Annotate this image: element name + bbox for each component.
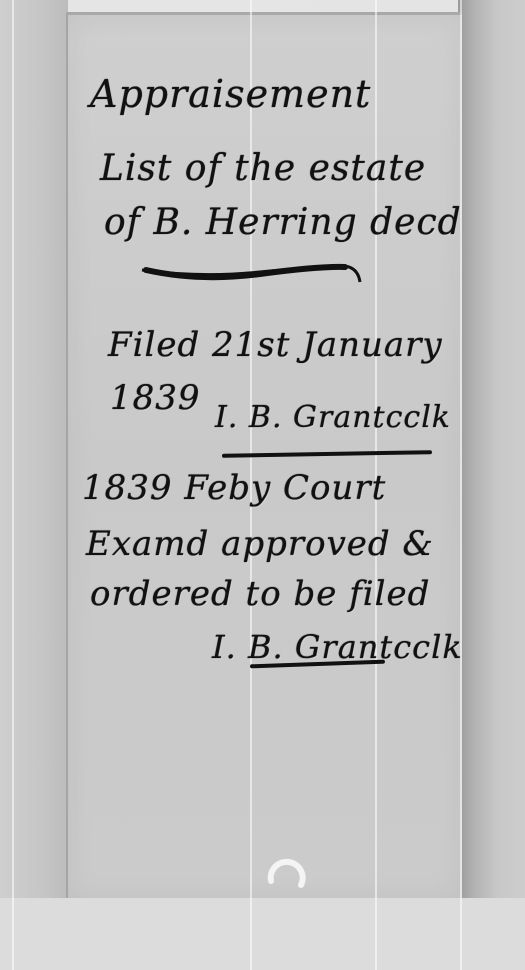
clerk-signature-1: I. B. Grantcclk: [215, 400, 451, 435]
left-fold-strip: [0, 0, 68, 970]
title-line-decedent-name: of B. Herring decd: [104, 202, 462, 243]
title-line-appraisement: Appraisement: [90, 72, 371, 116]
filed-year: 1839: [110, 378, 201, 418]
filed-date-line: Filed 21st January: [108, 325, 443, 365]
right-fold-strip: [458, 0, 525, 970]
bottom-paper-strip: [0, 898, 525, 970]
court-term-line: 1839 Feby Court: [82, 468, 386, 508]
scan-streak: [12, 0, 14, 970]
examined-approved-line: Examd approved &: [86, 524, 434, 564]
title-line-list-of-estate: List of the estate: [100, 148, 426, 189]
semicircle-mark-icon: [265, 855, 309, 895]
docket-panel: [66, 12, 462, 903]
flourish-underline: [140, 258, 365, 286]
scan-streak: [460, 0, 462, 970]
ordered-filed-line: ordered to be filed: [90, 574, 430, 614]
